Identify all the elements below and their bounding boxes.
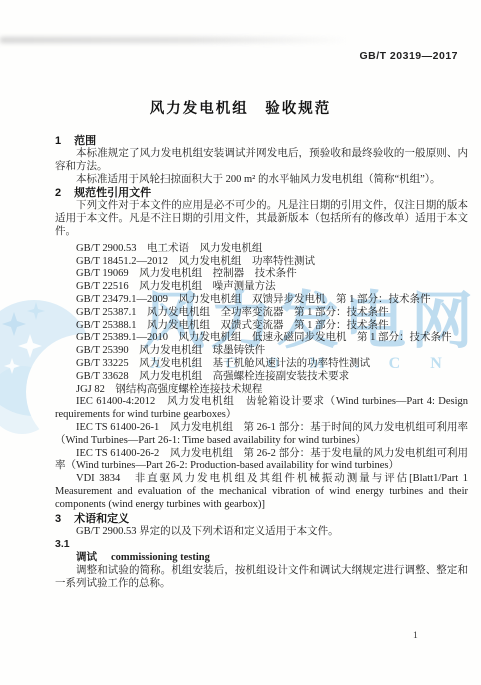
- scope-paragraph-1: 本标准规定了风力发电机组安装调试并网发电后，预验收和最终验收的一般原则、内容和方…: [55, 148, 468, 174]
- reference-item: GB/T 33225 风力发电机组 基于机舱风速计法的功率特性测试: [55, 358, 468, 371]
- document-content: 1范围 本标准规定了风力发电机组安装调试并网发电后，预验收和最终验收的一般原则、…: [55, 134, 468, 591]
- document-page: 风力发电网 X . C O M . C N GB/T 20319—2017 风力…: [0, 0, 481, 685]
- reference-item: VDI 3834 非直驱风力发电机组及其组件机械振动测量与评估[Blatt1/P…: [55, 473, 468, 511]
- section-3-number: 3: [55, 513, 61, 525]
- section-2-title: 规范性引用文件: [74, 187, 151, 199]
- section-1-title: 范围: [74, 135, 96, 147]
- page-title: 风力发电机组 验收规范: [0, 97, 481, 118]
- scan-artifact: [0, 37, 350, 43]
- section-3-title: 术语和定义: [74, 513, 129, 525]
- section-1-heading: 1范围: [55, 134, 468, 148]
- references-intro: 下列文件对于本文件的应用是必不可少的。凡是注日期的引用文件，仅注日期的版本适用于…: [55, 200, 468, 238]
- reference-item: GB/T 22516 风力发电机组 噪声测量方法: [55, 281, 468, 294]
- page-number: 1: [413, 631, 418, 641]
- section-2-heading: 2规范性引用文件: [55, 186, 468, 200]
- term-line: 调试commissioning testing: [55, 551, 468, 565]
- reference-item: JGJ 82 钢结构高强度螺栓连接技术规程: [55, 384, 468, 397]
- standard-number: GB/T 20319—2017: [359, 50, 458, 62]
- term-zh: 调试: [76, 551, 97, 563]
- reference-item: GB/T 25390 风力发电机组 球墨铸铁件: [55, 345, 468, 358]
- reference-item: GB/T 2900.53 电工术语 风力发电机组: [55, 243, 468, 256]
- terms-intro: GB/T 2900.53 界定的以及下列术语和定义适用于本文件。: [55, 526, 468, 539]
- section-1-number: 1: [55, 135, 61, 147]
- reference-item: GB/T 18451.2—2012 风力发电机组 功率特性测试: [55, 256, 468, 269]
- reference-item: IEC TS 61400-26-2 风力发电机组 第 26-2 部分：基于发电量…: [55, 448, 468, 474]
- reference-item: GB/T 25388.1 风力发电机组 双馈式变流器 第 1 部分：技术条件: [55, 320, 468, 333]
- reference-item: GB/T 25389.1—2010 风力发电机组 低速永磁同步发电机 第 1 部…: [55, 332, 468, 345]
- reference-item: GB/T 25387.1 风力发电机组 全功率变流器 第 1 部分：技术条件: [55, 307, 468, 320]
- reference-item: IEC 61400-4:2012 风力发电机组 齿轮箱设计要求（Wind tur…: [55, 396, 468, 422]
- scope-paragraph-2: 本标准适用于风轮扫掠面积大于 200 m² 的水平轴风力发电机组（简称“机组”）…: [55, 174, 468, 187]
- reference-list: GB/T 2900.53 电工术语 风力发电机组 GB/T 18451.2—20…: [55, 243, 468, 512]
- section-3-heading: 3术语和定义: [55, 512, 468, 526]
- section-2-number: 2: [55, 187, 61, 199]
- term-en: commissioning testing: [111, 552, 210, 563]
- reference-item: IEC TS 61400-26-1 风力发电机组 第 26-1 部分：基于时间的…: [55, 422, 468, 448]
- reference-item: GB/T 23479.1—2009 风力发电机组 双馈异步发电机 第 1 部分：…: [55, 294, 468, 307]
- reference-item: GB/T 19069 风力发电机组 控制器 技术条件: [55, 268, 468, 281]
- reference-item: GB/T 33628 风力发电机组 高强螺栓连接副安装技术要求: [55, 371, 468, 384]
- clause-number: 3.1: [55, 538, 468, 551]
- term-definition: 调整和试验的简称。机组安装后，按机组设计文件和调试大纲规定进行调整、整定和一系列…: [55, 565, 468, 591]
